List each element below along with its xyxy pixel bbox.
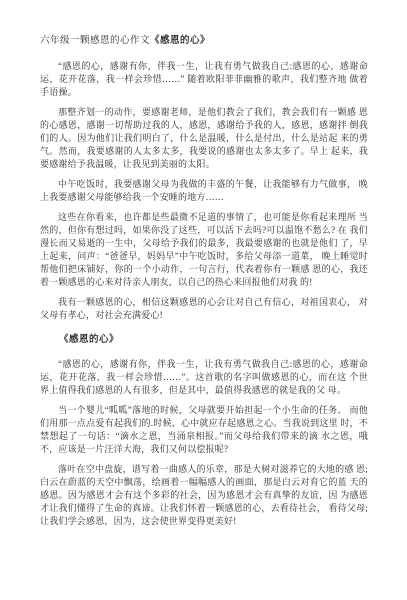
essay1-paragraph-3: 中午吃饭时，我要感谢父母为我做的丰盛的午餐，让我能够有力气做事， 晚上我要感谢父… xyxy=(40,178,368,204)
essay2-subtitle: 《感恩的心》 xyxy=(40,334,368,347)
essay2-paragraph-2: 当一个婴儿“呱呱”落地的时候，父母就要开始担起一个小生命的任务。 而他们用那一点… xyxy=(40,404,368,456)
document-title: 六年级一颗感恩的心作文《感恩的心》 xyxy=(40,35,368,48)
essay1-paragraph-5: 我有一颗感恩的心，相信这颗感恩的心会让对自己有信心，对祖国衷心， 对父母有孝心，… xyxy=(40,296,368,322)
essay2-paragraph-3: 落叶在空中盘旋，谱写着一曲感人的乐章，那是大树对滋养它的大地的感 恩;白云在蔚蓝… xyxy=(40,463,368,528)
title-prefix: 六年级一颗感恩的心作文 xyxy=(40,36,150,46)
essay1-paragraph-2: 那整齐划一的动作，要感谢老师，是他们教会了我们，教会我们有一颗感 恩的心感恩，感… xyxy=(40,106,368,171)
document-page: 六年级一颗感恩的心作文《感恩的心》 “感恩的心，感谢有你，伴我一生，让我有勇气做… xyxy=(0,0,407,600)
title-book-name: 《感恩的心》 xyxy=(150,36,210,46)
essay1-paragraph-1: “感恩的心，感谢有你，伴我一生，让我有勇气做我自己:感恩的心，感谢命运，花开花落… xyxy=(40,60,368,99)
essay2-paragraph-1: “感恩的心，感谢有你，伴我一生，让我有勇气做我自己:感恩的心，感谢命运，花开花落… xyxy=(40,358,368,397)
essay1-paragraph-4: 这些在你看来，也许都是些最微不足道的事情了，也可能是你看起来理所 当然的，但你有… xyxy=(40,211,368,289)
